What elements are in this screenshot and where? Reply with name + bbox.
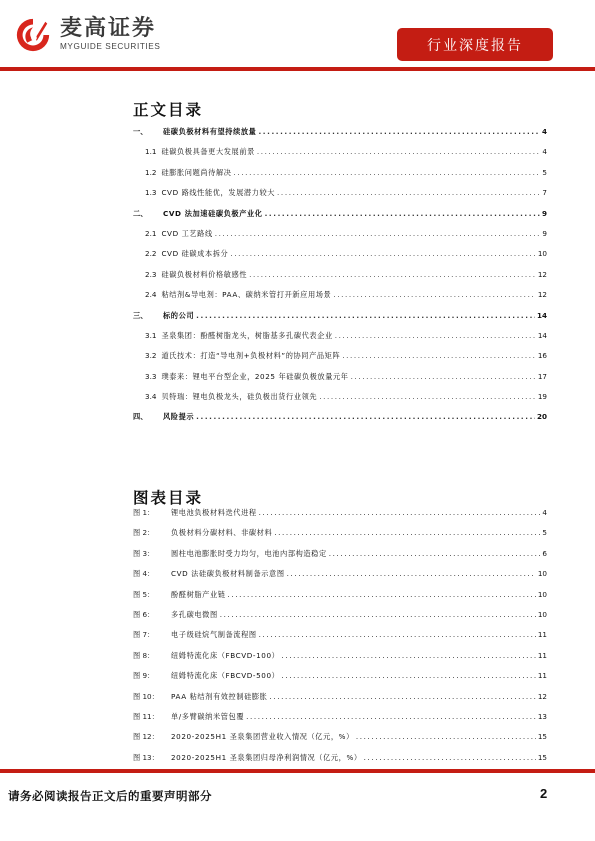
brand-name-cn: 麦高证券 [60,17,160,41]
leader-dots [342,346,536,366]
toc-entry-number: 1.1 [145,142,156,162]
figure-label: 单/多臂碳纳米管包覆 [171,707,244,727]
figure-page: 10 [538,585,547,605]
toc-entry-number: 3.2 [145,346,156,366]
leader-dots [196,407,535,427]
figure-label: 2020-2025H1 圣泉集团营业收入情况（亿元，%） [171,727,354,747]
figure-label: 锂电池负极材料迭代进程 [171,503,257,523]
toc-entry[interactable]: 2.3硅碳负极材料价格敏感性12 [133,265,547,285]
leader-dots [274,523,540,543]
figure-page: 15 [538,748,547,768]
page-number: 2 [540,786,547,801]
leader-dots [333,285,536,305]
report-type-badge: 行业深度报告 [397,28,553,61]
toc-entry-label: 硅碳负极具备更大发展前景 [161,142,254,162]
toc-entry-number: 1.3 [145,183,156,203]
toc-entry-number: 二、 [133,204,163,224]
leader-dots [249,265,536,285]
toc-entry[interactable]: 1.2硅膨胀问题尚待解决5 [133,163,547,183]
toc-entry-number: 2.3 [145,265,156,285]
figure-number: 图 5： [133,585,171,605]
figure-entry[interactable]: 图 9：纽姆特流化床（FBCVD-500）11 [133,666,547,686]
leader-dots [257,142,541,162]
toc-entry-page: 16 [538,346,547,366]
toc-entry-label: 硅膨胀问题尚待解决 [161,163,231,183]
toc-entry-page: 12 [538,285,547,305]
figure-entry[interactable]: 图 8：纽姆特流化床（FBCVD-100）11 [133,646,547,666]
toc-entry-page: 12 [538,265,547,285]
figure-label: 多孔碳电微图 [171,605,218,625]
figure-entry[interactable]: 图 12：2020-2025H1 圣泉集团营业收入情况（亿元，%）15 [133,727,547,747]
toc-entry-label: 粘结剂&导电剂：PAA、碳纳米管打开新应用场景 [161,285,331,305]
leader-dots [228,585,536,605]
figure-label: 圆柱电池膨胀时受力均匀，电池内部构造稳定 [171,544,327,564]
toc-entry-label: CVD 工艺路线 [161,224,212,244]
figure-label: 纽姆特流化床（FBCVD-500） [171,666,279,686]
toc-entry-page: 4 [542,142,547,162]
toc-entry-page: 19 [538,387,547,407]
figure-number: 图 7： [133,625,171,645]
figure-entry[interactable]: 图 1：锂电池负极材料迭代进程4 [133,503,547,523]
figure-page: 11 [538,625,547,645]
figure-page: 5 [542,523,547,543]
toc-entry[interactable]: 二、CVD 法加速硅碳负极产业化9 [133,204,547,224]
figure-entry[interactable]: 图 11：单/多臂碳纳米管包覆13 [133,707,547,727]
toc-entry[interactable]: 四、风险提示20 [133,407,547,427]
leader-dots [351,367,536,387]
toc-entry[interactable]: 3.2道氏技术：打造“导电剂+负极材料”的协同产品矩阵16 [133,346,547,366]
toc-entry[interactable]: 1.1硅碳负极具备更大发展前景4 [133,142,547,162]
toc-entry-page: 4 [542,122,547,142]
toc-entry-number: 3.3 [145,367,156,387]
toc-entry-label: CVD 路线性能优，发展潜力较大 [161,183,275,203]
toc-entry[interactable]: 3.1圣泉集团：酚醛树脂龙头，树脂基多孔碳代表企业14 [133,326,547,346]
figure-label: 2020-2025H1 圣泉集团归母净利润情况（亿元，%） [171,748,362,768]
figure-page: 11 [538,666,547,686]
toc-entry-label: 圣泉集团：酚醛树脂龙头，树脂基多孔碳代表企业 [161,326,332,346]
toc-entry-page: 9 [542,204,547,224]
figure-number: 图 9： [133,666,171,686]
leader-dots [287,564,536,584]
toc-entry[interactable]: 3.4贝特瑞：锂电负极龙头，硅负极出货行业领先19 [133,387,547,407]
figure-entry[interactable]: 图 2：负极材料分碳材料、非碳材料5 [133,523,547,543]
toc-entry-number: 2.2 [145,244,156,264]
myguide-logo-icon [14,16,52,54]
leader-dots [220,605,536,625]
figure-number: 图 1： [133,503,171,523]
figure-page: 13 [538,707,547,727]
figure-entry[interactable]: 图 4：CVD 法硅碳负极材料制备示意图10 [133,564,547,584]
figure-list: 图 1：锂电池负极材料迭代进程4 图 2：负极材料分碳材料、非碳材料5 图 3：… [133,503,547,768]
figure-label: CVD 法硅碳负极材料制备示意图 [171,564,285,584]
leader-dots [258,122,540,142]
leader-dots [215,224,541,244]
figure-label: 酚醛树脂产业链 [171,585,226,605]
toc-entry-number: 2.1 [145,224,156,244]
leader-dots [364,748,536,768]
figure-label: 负极材料分碳材料、非碳材料 [171,523,272,543]
toc-entry[interactable]: 1.3CVD 路线性能优，发展潜力较大7 [133,183,547,203]
leader-dots [230,244,536,264]
figure-number: 图 3： [133,544,171,564]
leader-dots [265,204,540,224]
toc-entry-page: 7 [542,183,547,203]
toc-entry-label: CVD 硅碳成本拆分 [161,244,228,264]
toc-entry[interactable]: 一、硅碳负极材料有望持续放量4 [133,122,547,142]
leader-dots [269,687,535,707]
figure-number: 图 6： [133,605,171,625]
toc-entry-number: 3.4 [145,387,156,407]
toc-entry-number: 1.2 [145,163,156,183]
leader-dots [196,306,535,326]
figure-page: 4 [542,503,547,523]
toc-entry-page: 17 [538,367,547,387]
figure-entry[interactable]: 图 5：酚醛树脂产业链10 [133,585,547,605]
leader-dots [277,183,540,203]
toc-entry-number: 三、 [133,306,163,326]
leader-dots [335,326,536,346]
disclaimer-note: 请务必阅读报告正文后的重要声明部分 [8,788,212,804]
figure-number: 图 2： [133,523,171,543]
toc-entry-label: 风险提示 [163,407,194,427]
leader-dots [246,707,536,727]
figure-entry[interactable]: 图 13：2020-2025H1 圣泉集团归母净利润情况（亿元，%）15 [133,748,547,768]
leader-dots [259,625,536,645]
footer-divider [0,769,595,773]
toc-entry-label: 璞泰来：锂电平台型企业，2025 年硅碳负极放量元年 [161,367,348,387]
toc-entry-number: 四、 [133,407,163,427]
figure-entry[interactable]: 图 10：PAA 粘结剂有效控制硅膨胀12 [133,687,547,707]
figure-label: PAA 粘结剂有效控制硅膨胀 [171,687,267,707]
figure-number: 图 10： [133,687,171,707]
leader-dots [281,646,535,666]
toc-entry-number: 3.1 [145,326,156,346]
toc-entry[interactable]: 2.1CVD 工艺路线9 [133,224,547,244]
figure-label: 纽姆特流化床（FBCVD-100） [171,646,279,666]
toc-entry-page: 20 [537,407,547,427]
figure-number: 图 8： [133,646,171,666]
toc-entry[interactable]: 三、标的公司14 [133,306,547,326]
figure-entry[interactable]: 图 3：圆柱电池膨胀时受力均匀，电池内部构造稳定6 [133,544,547,564]
toc-entry-label: 贝特瑞：锂电负极龙头，硅负极出货行业领先 [161,387,317,407]
toc-entry-label: 标的公司 [163,306,194,326]
figure-number: 图 13： [133,748,171,768]
figure-page: 6 [542,544,547,564]
toc-entry-page: 5 [542,163,547,183]
figure-page: 12 [538,687,547,707]
toc-entry-number: 一、 [133,122,163,142]
figure-page: 10 [538,564,547,584]
toc-title: 正文目录 [133,98,203,120]
toc-entry-number: 2.4 [145,285,156,305]
toc-entry-page: 9 [542,224,547,244]
toc-list: 一、硅碳负极材料有望持续放量4 1.1硅碳负极具备更大发展前景4 1.2硅膨胀问… [133,122,547,428]
toc-entry-label: 硅碳负极材料有望持续放量 [163,122,256,142]
toc-entry-label: 硅碳负极材料价格敏感性 [161,265,247,285]
figure-page: 11 [538,646,547,666]
toc-entry-page: 10 [538,244,547,264]
brand-logo: 麦高证券 MYGUIDE SECURITIES [14,14,160,56]
leader-dots [356,727,536,747]
leader-dots [281,666,535,686]
figure-label: 电子级硅烷气制备流程图 [171,625,257,645]
toc-entry[interactable]: 2.4粘结剂&导电剂：PAA、碳纳米管打开新应用场景12 [133,285,547,305]
figure-number: 图 4： [133,564,171,584]
leader-dots [234,163,541,183]
figure-number: 图 11： [133,707,171,727]
toc-entry-page: 14 [538,326,547,346]
toc-entry-page: 14 [537,306,547,326]
figure-entry[interactable]: 图 7：电子级硅烷气制备流程图11 [133,625,547,645]
figure-number: 图 12： [133,727,171,747]
toc-entry[interactable]: 2.2CVD 硅碳成本拆分10 [133,244,547,264]
header-divider [0,67,595,71]
toc-entry-label: CVD 法加速硅碳负极产业化 [163,204,263,224]
figure-page: 15 [538,727,547,747]
toc-entry[interactable]: 3.3璞泰来：锂电平台型企业，2025 年硅碳负极放量元年17 [133,367,547,387]
leader-dots [259,503,541,523]
figure-entry[interactable]: 图 6：多孔碳电微图10 [133,605,547,625]
toc-entry-label: 道氏技术：打造“导电剂+负极材料”的协同产品矩阵 [161,346,340,366]
leader-dots [329,544,541,564]
figure-page: 10 [538,605,547,625]
brand-name-en: MYGUIDE SECURITIES [60,41,160,53]
leader-dots [319,387,536,407]
